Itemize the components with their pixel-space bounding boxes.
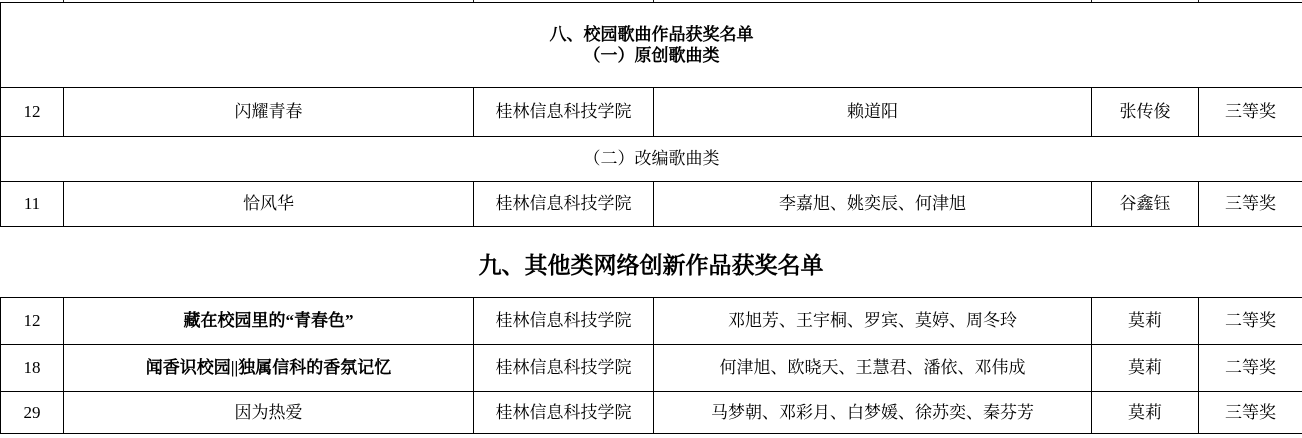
table-row: 29 因为热爱 桂林信息科技学院 马梦朝、邓彩月、白梦媛、徐苏奕、秦芬芳 莫莉 … [1, 392, 1302, 434]
award-cell: 二等奖 [1199, 298, 1302, 345]
section9-title: 九、其他类网络创新作品获奖名单 [0, 231, 1302, 296]
table-subsection-row: （二）改编歌曲类 [1, 137, 1302, 182]
advisor-cell: 张传俊 [1092, 88, 1199, 137]
table-row: 11 恰风华 桂林信息科技学院 李嘉旭、姚奕辰、何津旭 谷鑫钰 三等奖 [1, 182, 1302, 227]
participants-cell: 邓旭芳、王宇桐、罗宾、莫婷、周冬玲 [654, 298, 1092, 345]
participants-cell: 马梦朝、邓彩月、白梦媛、徐苏奕、秦芬芳 [654, 392, 1092, 434]
row-number-cell: 12 [1, 298, 64, 345]
table-row: 12 藏在校园里的“青春色” 桂林信息科技学院 邓旭芳、王宇桐、罗宾、莫婷、周冬… [1, 298, 1302, 345]
participants-cell: 何津旭、欧晓天、王慧君、潘依、邓伟成 [654, 345, 1092, 392]
participants-cell: 李嘉旭、姚奕辰、何津旭 [654, 182, 1092, 227]
table-section-header-row: 八、校园歌曲作品获奖名单 （一）原创歌曲类 [1, 3, 1302, 88]
college-cell: 桂林信息科技学院 [474, 392, 654, 434]
document-page: 八、校园歌曲作品获奖名单 （一）原创歌曲类 12 闪耀青春 桂林信息科技学院 赖… [0, 0, 1302, 438]
work-title-cell: 因为热爱 [64, 392, 474, 434]
work-title-cell: 闻香识校园||独属信科的香氛记忆 [64, 345, 474, 392]
row-number-cell: 29 [1, 392, 64, 434]
college-cell: 桂林信息科技学院 [474, 88, 654, 137]
work-title-cell: 闪耀青春 [64, 88, 474, 137]
section8-title: 八、校园歌曲作品获奖名单 [5, 24, 1298, 45]
network-innovation-awards-table: 12 藏在校园里的“青春色” 桂林信息科技学院 邓旭芳、王宇桐、罗宾、莫婷、周冬… [0, 297, 1302, 434]
award-cell: 二等奖 [1199, 345, 1302, 392]
row-number-cell: 12 [1, 88, 64, 137]
row-number-cell: 18 [1, 345, 64, 392]
award-cell: 三等奖 [1199, 88, 1302, 137]
participants-cell: 赖道阳 [654, 88, 1092, 137]
advisor-cell: 谷鑫钰 [1092, 182, 1199, 227]
advisor-cell: 莫莉 [1092, 392, 1199, 434]
row-number-cell: 11 [1, 182, 64, 227]
table-row: 12 闪耀青春 桂林信息科技学院 赖道阳 张传俊 三等奖 [1, 88, 1302, 137]
award-cell: 三等奖 [1199, 392, 1302, 434]
college-cell: 桂林信息科技学院 [474, 182, 654, 227]
work-title-cell: 恰风华 [64, 182, 474, 227]
section8-header-cell: 八、校园歌曲作品获奖名单 （一）原创歌曲类 [1, 3, 1302, 88]
advisor-cell: 莫莉 [1092, 298, 1199, 345]
advisor-cell: 莫莉 [1092, 345, 1199, 392]
college-cell: 桂林信息科技学院 [474, 345, 654, 392]
section8-subsection1-title: （一）原创歌曲类 [5, 45, 1298, 66]
section8-subsection2-cell: （二）改编歌曲类 [1, 137, 1302, 182]
table-row: 18 闻香识校园||独属信科的香氛记忆 桂林信息科技学院 何津旭、欧晓天、王慧君… [1, 345, 1302, 392]
campus-song-awards-table: 八、校园歌曲作品获奖名单 （一）原创歌曲类 12 闪耀青春 桂林信息科技学院 赖… [0, 2, 1302, 227]
award-cell: 三等奖 [1199, 182, 1302, 227]
work-title-cell: 藏在校园里的“青春色” [64, 298, 474, 345]
college-cell: 桂林信息科技学院 [474, 298, 654, 345]
